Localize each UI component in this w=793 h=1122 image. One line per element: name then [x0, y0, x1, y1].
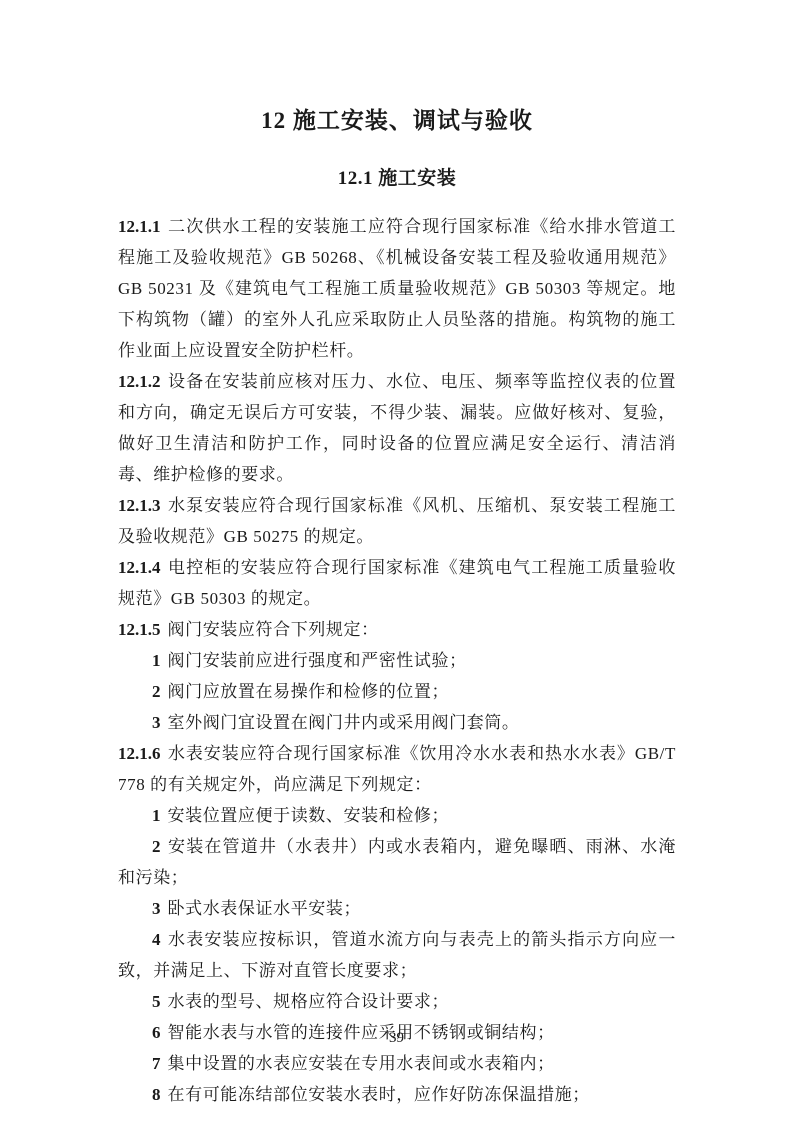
clause-text: 水泵安装应符合现行国家标准《风机、压缩机、泵安装工程施工及验收规范》GB 502…: [118, 496, 676, 546]
list-item: 8在有可能冻结部位安装水表时，应作好防冻保温措施；: [118, 1079, 676, 1110]
item-text: 安装在管道井（水表井）内或水表箱内，避免曝晒、雨淋、水淹和污染；: [118, 837, 676, 887]
clause-paragraph: 12.1.5阀门安装应符合下列规定：: [118, 614, 676, 645]
item-number: 3: [152, 899, 161, 918]
clause-number: 12.1.6: [118, 744, 161, 763]
clause-paragraph: 12.1.2设备在安装前应核对压力、水位、电压、频率等监控仪表的位置和方向，确定…: [118, 366, 676, 490]
list-item: 3卧式水表保证水平安装；: [118, 893, 676, 924]
item-text: 水表安装应按标识，管道水流方向与表壳上的箭头指示方向应一致，并满足上、下游对直管…: [118, 930, 676, 980]
clause-paragraph: 12.1.1二次供水工程的安装施工应符合现行国家标准《给水排水管道工程施工及验收…: [118, 211, 676, 366]
clause-number: 12.1.3: [118, 496, 161, 515]
chapter-title: 12 施工安装、调试与验收: [118, 106, 676, 136]
clause-number: 12.1.5: [118, 620, 161, 639]
item-text: 卧式水表保证水平安装；: [168, 899, 362, 918]
clause-number: 12.1.4: [118, 558, 161, 577]
list-item: 2安装在管道井（水表井）内或水表箱内，避免曝晒、雨淋、水淹和污染；: [118, 831, 676, 893]
item-text: 安装位置应便于读数、安装和检修；: [168, 806, 450, 825]
item-text: 在有可能冻结部位安装水表时，应作好防冻保温措施；: [168, 1085, 590, 1104]
item-number: 3: [152, 713, 161, 732]
item-number: 4: [152, 930, 161, 949]
document-page: 12 施工安装、调试与验收 12.1 施工安装 12.1.1二次供水工程的安装施…: [0, 0, 793, 1122]
item-number: 2: [152, 837, 161, 856]
clause-number: 12.1.2: [118, 372, 161, 391]
list-item: 1阀门安装前应进行强度和严密性试验；: [118, 645, 676, 676]
item-text: 阀门应放置在易操作和检修的位置；: [168, 682, 450, 701]
clause-text: 水表安装应符合现行国家标准《饮用冷水水表和热水水表》GB/T 778 的有关规定…: [118, 744, 676, 794]
item-text: 室外阀门宜设置在阀门井内或采用阀门套筒。: [168, 713, 520, 732]
clause-text: 阀门安装应符合下列规定：: [168, 620, 379, 639]
item-number: 1: [152, 651, 161, 670]
list-item: 1安装位置应便于读数、安装和检修；: [118, 800, 676, 831]
item-text: 阀门安装前应进行强度和严密性试验；: [168, 651, 467, 670]
clause-number: 12.1.1: [118, 217, 161, 236]
page-number: 39: [0, 1030, 793, 1047]
list-item: 4水表安装应按标识，管道水流方向与表壳上的箭头指示方向应一致，并满足上、下游对直…: [118, 924, 676, 986]
clause-paragraph: 12.1.4电控柜的安装应符合现行国家标准《建筑电气工程施工质量验收规范》GB …: [118, 552, 676, 614]
clause-text: 二次供水工程的安装施工应符合现行国家标准《给水排水管道工程施工及验收规范》GB …: [118, 217, 676, 360]
section-title: 12.1 施工安装: [118, 166, 676, 192]
list-item: 2阀门应放置在易操作和检修的位置；: [118, 676, 676, 707]
item-number: 5: [152, 992, 161, 1011]
clause-text: 电控柜的安装应符合现行国家标准《建筑电气工程施工质量验收规范》GB 50303 …: [118, 558, 676, 608]
clause-paragraph: 12.1.3水泵安装应符合现行国家标准《风机、压缩机、泵安装工程施工及验收规范》…: [118, 490, 676, 552]
item-number: 8: [152, 1085, 161, 1104]
list-item: 7集中设置的水表应安装在专用水表间或水表箱内；: [118, 1048, 676, 1079]
item-number: 1: [152, 806, 161, 825]
list-item: 3室外阀门宜设置在阀门井内或采用阀门套筒。: [118, 707, 676, 738]
list-item: 5水表的型号、规格应符合设计要求；: [118, 986, 676, 1017]
item-number: 2: [152, 682, 161, 701]
document-body: 12.1.1二次供水工程的安装施工应符合现行国家标准《给水排水管道工程施工及验收…: [118, 211, 676, 1110]
item-text: 集中设置的水表应安装在专用水表间或水表箱内；: [168, 1054, 555, 1073]
item-text: 水表的型号、规格应符合设计要求；: [168, 992, 450, 1011]
clause-paragraph: 12.1.6水表安装应符合现行国家标准《饮用冷水水表和热水水表》GB/T 778…: [118, 738, 676, 800]
item-number: 7: [152, 1054, 161, 1073]
clause-text: 设备在安装前应核对压力、水位、电压、频率等监控仪表的位置和方向，确定无误后方可安…: [118, 372, 676, 484]
